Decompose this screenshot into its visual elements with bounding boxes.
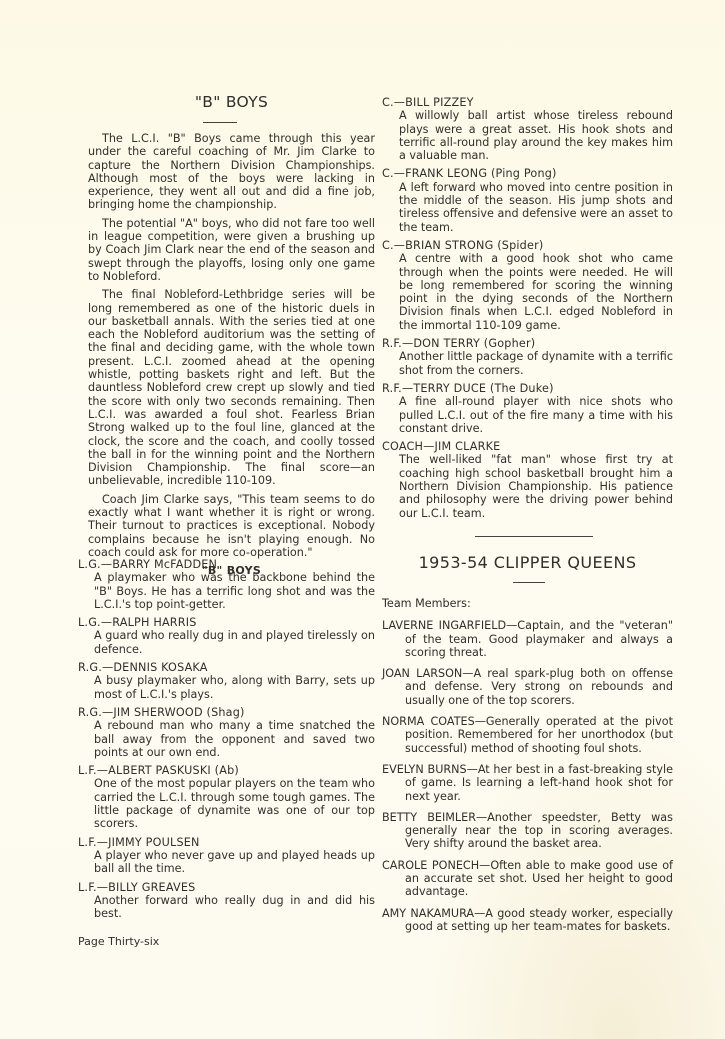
player-position: COACH — [382, 440, 423, 453]
section-title-b-boys: "B" BOYS — [88, 96, 375, 109]
b-boys-roster-continued: C.—BILL PIZZEYA willowly ball artist who… — [382, 96, 673, 525]
player-heading: R.G.—DENNIS KOSAKA — [78, 661, 375, 674]
intro-paragraph: Coach Jim Clarke says, "This team seems … — [88, 493, 375, 559]
player-position: L.F. — [78, 881, 97, 894]
player-position: L.G. — [78, 558, 101, 571]
team-members-label: Team Members: — [382, 597, 673, 610]
intro-paragraph: The L.C.I. "B" Boys came through this ye… — [88, 132, 375, 212]
player-entry: R.F.—TERRY DUCE (The Duke)A fine all-rou… — [382, 382, 673, 435]
team-member-entry: LAVERNE INGARFIELD—Captain, and the "vet… — [382, 619, 673, 659]
page-number: Page Thirty-six — [78, 935, 159, 948]
player-name: JIM SHERWOOD (Shag) — [113, 706, 244, 719]
player-description: A guard who really dug in and played tir… — [94, 629, 375, 656]
em-dash: — — [467, 763, 478, 776]
player-entry: R.G.—DENNIS KOSAKAA busy playmaker who, … — [88, 661, 375, 701]
player-heading: COACH—JIM CLARKE — [382, 440, 673, 453]
em-dash: — — [474, 907, 485, 920]
em-dash: — — [102, 706, 113, 719]
player-position: R.F. — [382, 337, 402, 350]
intro-article: The L.C.I. "B" Boys came through this ye… — [88, 132, 375, 583]
player-description: A willowly ball artist whose tireless re… — [399, 109, 673, 162]
player-description: A centre with a good hook shot who came … — [399, 252, 673, 332]
em-dash: — — [394, 239, 405, 252]
team-member-entry: AMY NAKAMURA—A good steady worker, espec… — [382, 907, 673, 934]
player-position: R.G. — [78, 706, 102, 719]
section-title-clipper-queens: 1953-54 CLIPPER QUEENS — [382, 556, 673, 569]
player-heading: C.—BRIAN STRONG (Spider) — [382, 239, 673, 252]
em-dash: — — [394, 96, 405, 109]
player-position: C. — [382, 96, 394, 109]
player-entry: L.F.—ALBERT PASKUSKI (Ab)One of the most… — [88, 764, 375, 830]
member-name: EVELYN BURNS — [382, 763, 467, 776]
player-name: RALPH HARRIS — [112, 616, 196, 629]
player-position: C. — [382, 167, 394, 180]
player-name: BILL PIZZEY — [405, 96, 473, 109]
em-dash: — — [102, 661, 113, 674]
em-dash: — — [101, 616, 112, 629]
player-position: L.F. — [78, 836, 97, 849]
b-boys-roster: L.G.—BARRY McFADDENA playmaker who was t… — [88, 558, 375, 925]
player-description: Another forward who really dug in and di… — [94, 894, 375, 921]
player-position: L.F. — [78, 764, 97, 777]
intro-paragraph: The potential "A" boys, who did not fare… — [88, 217, 375, 283]
member-name: LAVERNE INGARFIELD — [382, 619, 506, 632]
team-member-entry: JOAN LARSON—A real spark-plug both on of… — [382, 667, 673, 707]
em-dash: — — [101, 558, 112, 571]
team-member-entry: NORMA COATES—Generally operated at the p… — [382, 715, 673, 755]
em-dash: — — [479, 859, 490, 872]
section-divider — [475, 536, 593, 537]
player-entry: R.G.—JIM SHERWOOD (Shag)A rebound man wh… — [88, 706, 375, 759]
member-name: BETTY BEIMLER — [382, 811, 476, 824]
player-description: A busy playmaker who, along with Barry, … — [94, 674, 375, 701]
player-description: A fine all-round player with nice shots … — [399, 395, 673, 435]
player-heading: L.F.—JIMMY POULSEN — [78, 836, 375, 849]
player-description: One of the most popular players on the t… — [94, 777, 375, 830]
player-position: R.G. — [78, 661, 102, 674]
player-name: BRIAN STRONG (Spider) — [405, 239, 543, 252]
player-heading: C.—FRANK LEONG (Ping Pong) — [382, 167, 673, 180]
yearbook-page: "B" BOYS The L.C.I. "B" Boys came throug… — [0, 0, 725, 1039]
player-description: A left forward who moved into centre pos… — [399, 181, 673, 234]
em-dash: — — [97, 764, 108, 777]
em-dash: — — [462, 667, 473, 680]
player-heading: L.F.—ALBERT PASKUSKI (Ab) — [78, 764, 375, 777]
team-member-entry: BETTY BEIMLER—Another speedster, Betty w… — [382, 811, 673, 851]
player-heading: L.G.—RALPH HARRIS — [78, 616, 375, 629]
queens-title-underline — [513, 582, 545, 583]
clipper-queens-roster: Team Members: LAVERNE INGARFIELD—Captain… — [382, 597, 673, 941]
em-dash: — — [402, 382, 413, 395]
em-dash: — — [476, 811, 487, 824]
player-entry: R.F.—DON TERRY (Gopher)Another little pa… — [382, 337, 673, 377]
player-position: L.G. — [78, 616, 101, 629]
em-dash: — — [97, 836, 108, 849]
player-entry: L.G.—RALPH HARRISA guard who really dug … — [88, 616, 375, 656]
player-heading: C.—BILL PIZZEY — [382, 96, 673, 109]
em-dash: — — [402, 337, 413, 350]
em-dash: — — [506, 619, 517, 632]
player-name: BARRY McFADDEN — [112, 558, 217, 571]
player-name: ALBERT PASKUSKI (Ab) — [108, 764, 239, 777]
player-heading: R.F.—DON TERRY (Gopher) — [382, 337, 673, 350]
member-name: NORMA COATES — [382, 715, 475, 728]
player-name: DENNIS KOSAKA — [113, 661, 207, 674]
player-description: A playmaker who was the backbone behind … — [94, 571, 375, 611]
em-dash: — — [475, 715, 486, 728]
em-dash: — — [97, 881, 108, 894]
member-name: JOAN LARSON — [382, 667, 462, 680]
player-name: JIM CLARKE — [435, 440, 501, 453]
player-heading: R.F.—TERRY DUCE (The Duke) — [382, 382, 673, 395]
player-description: Another little package of dynamite with … — [399, 350, 673, 377]
intro-paragraph: The final Nobleford-Lethbridge series wi… — [88, 288, 375, 487]
team-members-list: LAVERNE INGARFIELD—Captain, and the "vet… — [382, 619, 673, 933]
player-name: TERRY DUCE (The Duke) — [413, 382, 553, 395]
player-heading: L.F.—BILLY GREAVES — [78, 881, 375, 894]
player-description: A rebound man who many a time snatched t… — [94, 719, 375, 759]
player-name: BILLY GREAVES — [108, 881, 195, 894]
player-entry: C.—FRANK LEONG (Ping Pong)A left forward… — [382, 167, 673, 233]
player-heading: L.G.—BARRY McFADDEN — [78, 558, 375, 571]
player-name: JIMMY POULSEN — [108, 836, 199, 849]
player-description: A player who never gave up and played he… — [94, 849, 375, 876]
player-entry: L.G.—BARRY McFADDENA playmaker who was t… — [88, 558, 375, 611]
player-heading: R.G.—JIM SHERWOOD (Shag) — [78, 706, 375, 719]
player-entry: C.—BRIAN STRONG (Spider)A centre with a … — [382, 239, 673, 332]
player-position: R.F. — [382, 382, 402, 395]
title-underline — [203, 122, 237, 123]
em-dash: — — [394, 167, 405, 180]
player-name: DON TERRY (Gopher) — [413, 337, 535, 350]
member-name: CAROLE PONECH — [382, 859, 479, 872]
player-entry: COACH—JIM CLARKEThe well-liked "fat man"… — [382, 440, 673, 520]
player-entry: C.—BILL PIZZEYA willowly ball artist who… — [382, 96, 673, 162]
team-member-entry: EVELYN BURNS—At her best in a fast-break… — [382, 763, 673, 803]
player-description: The well-liked "fat man" whose first try… — [399, 453, 673, 519]
em-dash: — — [423, 440, 434, 453]
player-name: FRANK LEONG (Ping Pong) — [405, 167, 556, 180]
player-position: C. — [382, 239, 394, 252]
team-member-entry: CAROLE PONECH—Often able to make good us… — [382, 859, 673, 899]
member-name: AMY NAKAMURA — [382, 907, 474, 920]
player-entry: L.F.—JIMMY POULSENA player who never gav… — [88, 836, 375, 876]
player-entry: L.F.—BILLY GREAVESAnother forward who re… — [88, 881, 375, 921]
